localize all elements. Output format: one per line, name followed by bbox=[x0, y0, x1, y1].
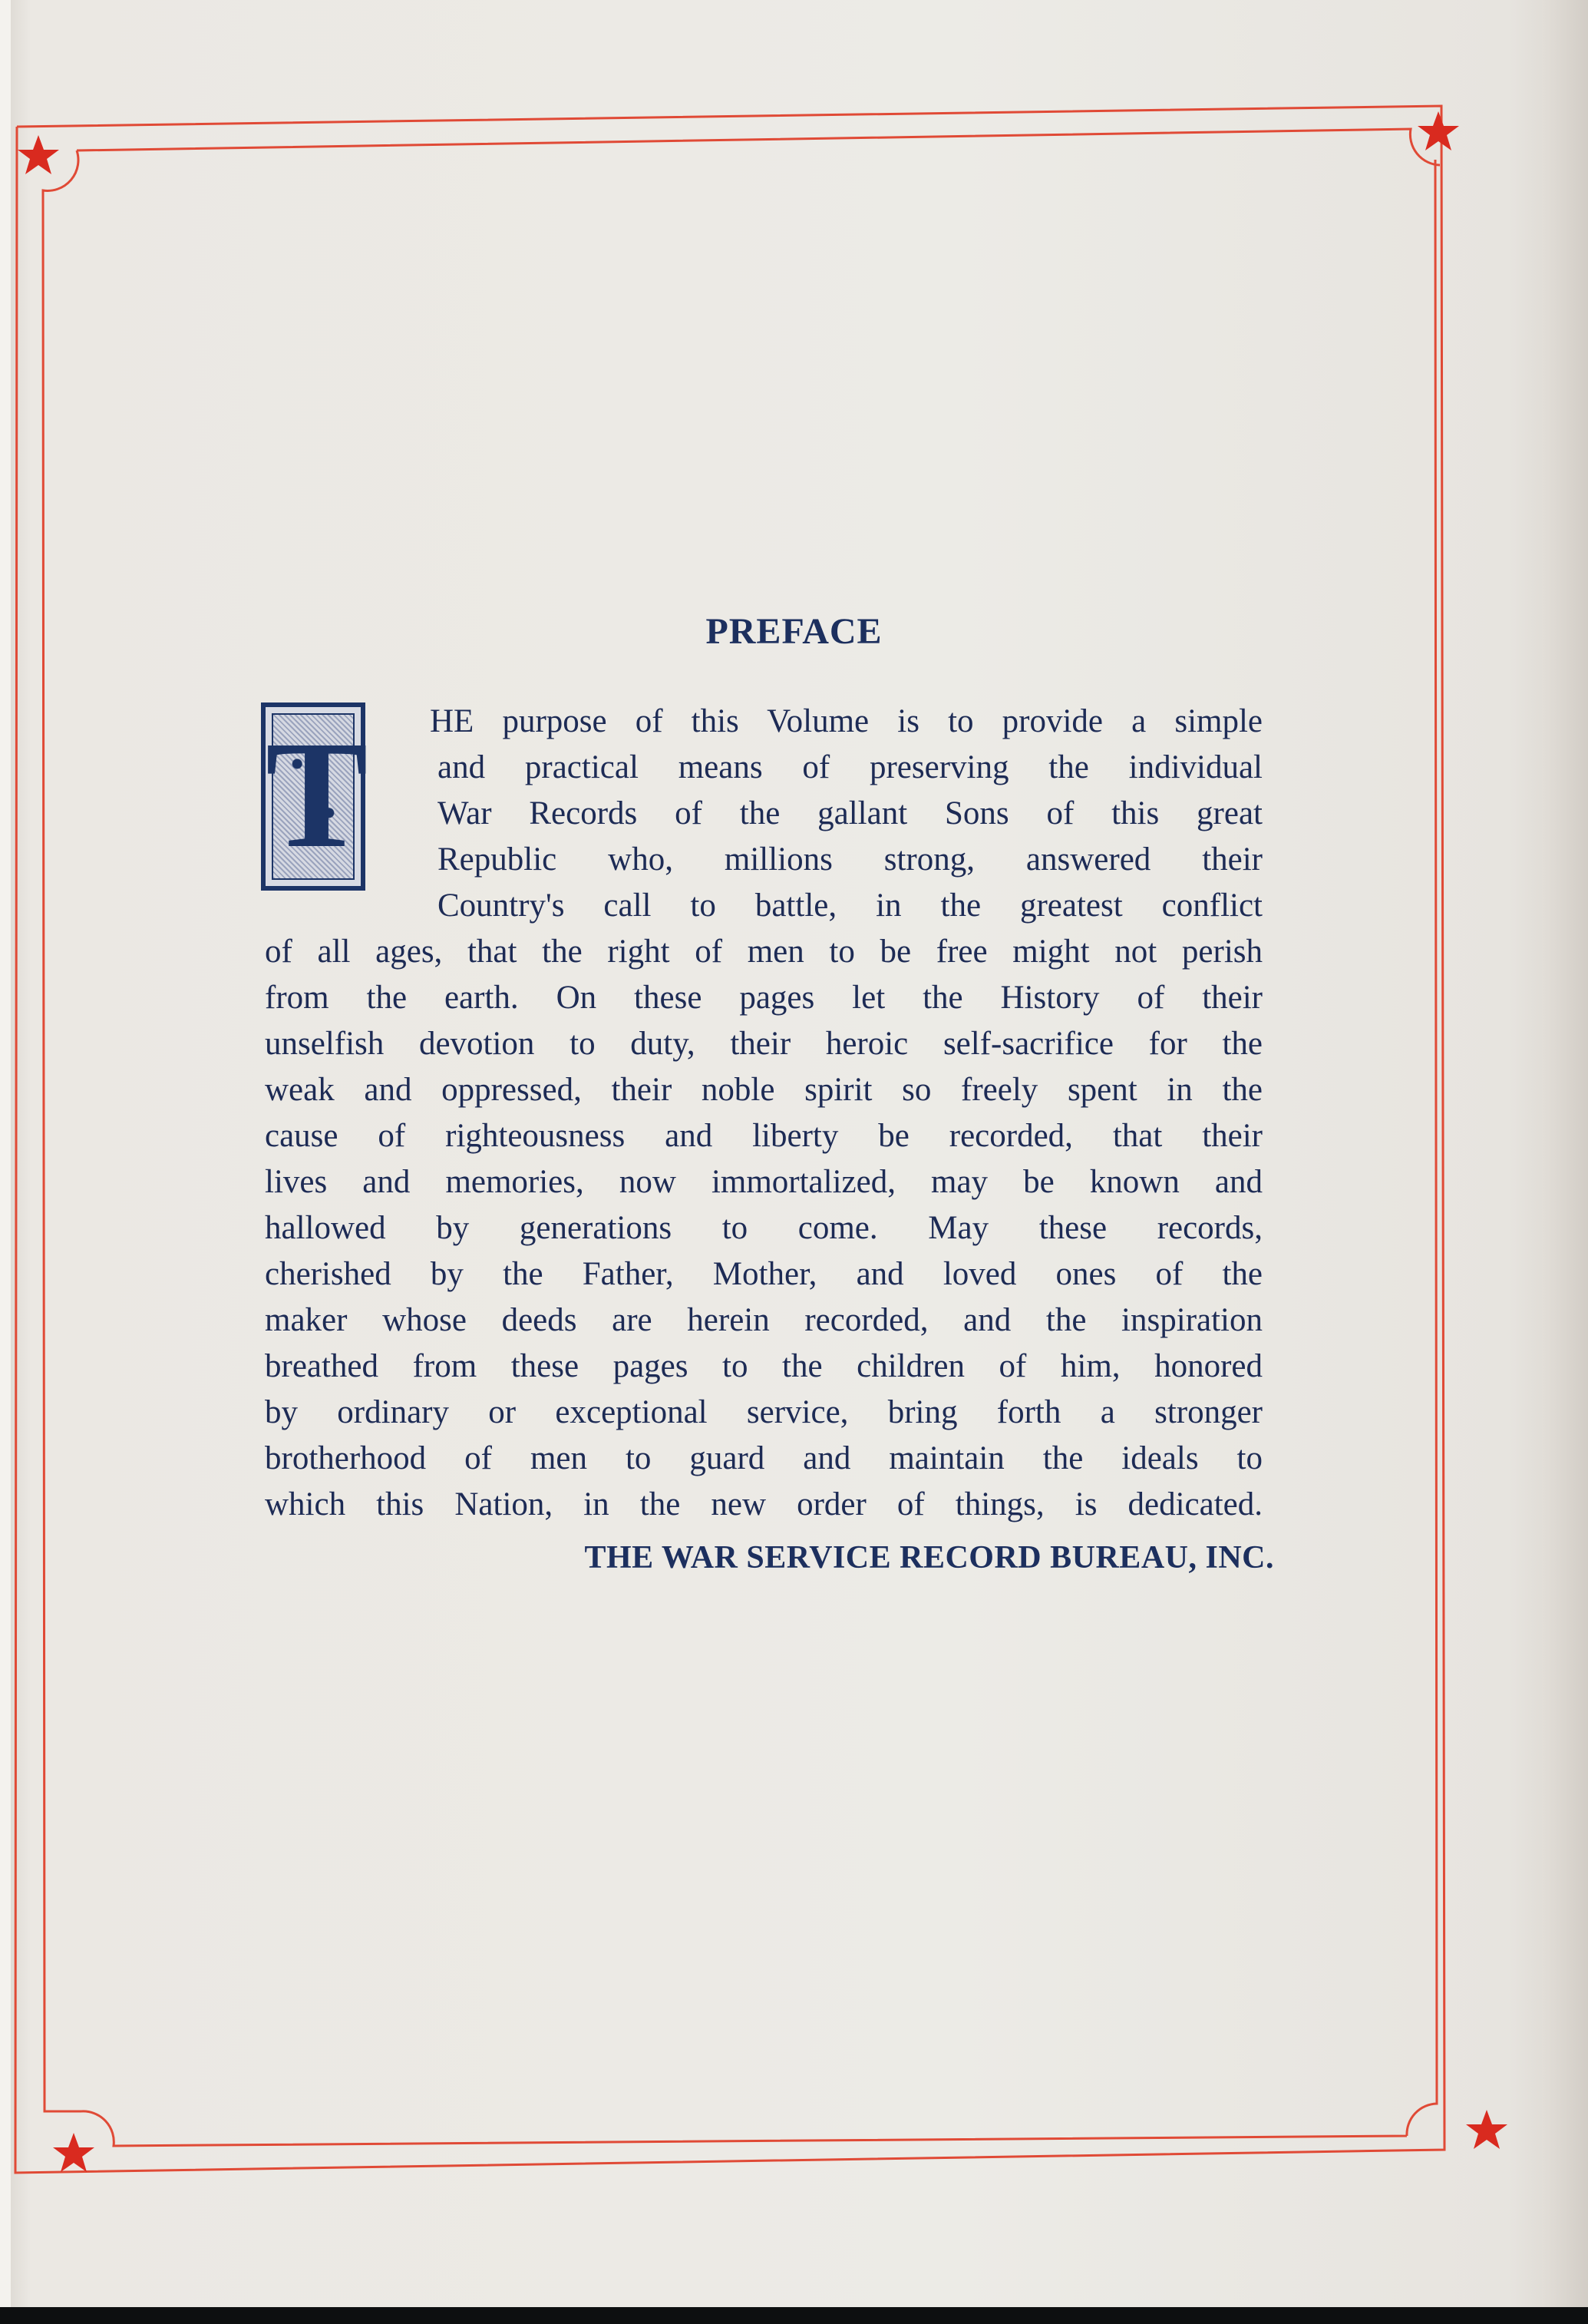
body-line: breathed from these pages to the childre… bbox=[265, 1344, 1263, 1390]
body-line: War Records of the gallant Sons of this … bbox=[437, 791, 1263, 837]
body-line: hallowed by generations to come. May the… bbox=[265, 1205, 1263, 1251]
body-line: and practical means of preserving the in… bbox=[437, 745, 1263, 791]
body-line: by ordinary or exceptional service, brin… bbox=[265, 1390, 1263, 1436]
body-line: which this Nation, in the new order of t… bbox=[265, 1482, 1263, 1528]
body-line: weak and oppressed, their noble spirit s… bbox=[265, 1067, 1263, 1113]
body-line: from the earth. On these pages let the H… bbox=[265, 975, 1263, 1021]
body-line: HE purpose of this Volume is to provide … bbox=[430, 699, 1263, 745]
star-icon-top-left bbox=[18, 135, 59, 174]
page-title: PREFACE bbox=[0, 610, 1588, 653]
body-line: cherished by the Father, Mother, and lov… bbox=[265, 1251, 1263, 1298]
body-line: Country's call to battle, in the greates… bbox=[437, 883, 1263, 929]
preface-body: HE purpose of this Volume is to provide … bbox=[265, 683, 1263, 1528]
scan-bottom-edge bbox=[0, 2307, 1588, 2324]
body-line: lives and memories, now immortalized, ma… bbox=[265, 1159, 1263, 1205]
body-line: of all ages, that the right of men to be… bbox=[265, 929, 1263, 975]
star-icon-bottom-left bbox=[53, 2133, 94, 2172]
body-line: maker whose deeds are herein recorded, a… bbox=[265, 1298, 1263, 1344]
body-line: cause of righteousness and liberty be re… bbox=[265, 1113, 1263, 1159]
body-line: Republic who, millions strong, answered … bbox=[437, 837, 1263, 883]
star-icon-bottom-right bbox=[1466, 2110, 1507, 2149]
signature: THE WAR SERVICE RECORD BUREAU, INC. bbox=[491, 1539, 1274, 1576]
page: PREFACE T HE purpose of this Volume is t… bbox=[0, 0, 1588, 2324]
star-icon-top-right bbox=[1418, 111, 1459, 150]
body-line: unselfish devotion to duty, their heroic… bbox=[265, 1021, 1263, 1067]
body-line: brotherhood of men to guard and maintain… bbox=[265, 1436, 1263, 1482]
